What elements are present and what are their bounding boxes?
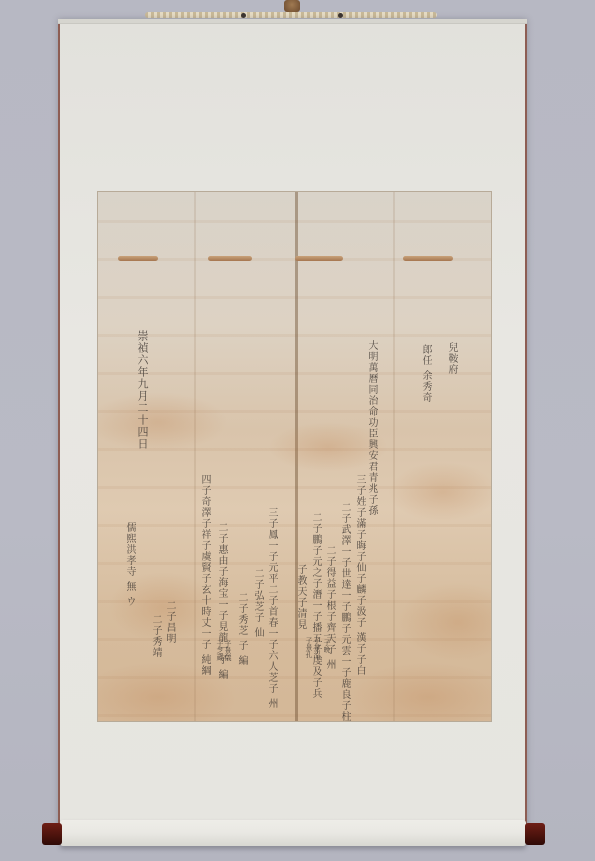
text-column: 二子昌明 — [164, 600, 175, 644]
date-line: 崇禎六年九月二十四日 — [136, 330, 149, 450]
header-official: 郎任 余秀奇 — [420, 344, 431, 403]
hanging-cord — [145, 12, 437, 18]
small-note: 子芝蔵 — [216, 640, 224, 661]
small-note: 子景孔 — [305, 637, 313, 658]
text-column: 三子鳳一子元平二子首春一子六人芝子 州 — [266, 507, 277, 709]
cord-stop — [241, 13, 246, 18]
top-rod — [58, 19, 527, 24]
cord-knot — [284, 0, 300, 12]
text-column: 二子鵬子元之子潛一子播五子虔及子兵 — [310, 512, 321, 699]
roller-end-right — [525, 823, 545, 845]
text-column: 大明萬曆同治命功臣興安君青兆子孫 — [366, 340, 377, 516]
small-note: 一子晩 — [323, 632, 331, 653]
text-column: 二子武澤一子世達一子鵬子元雲一子鹿良子柱子唐住子明 — [339, 502, 350, 722]
water-stain — [398, 582, 492, 662]
text-column: 二子秀芝 子 編 — [236, 592, 247, 666]
text-column: 子教天子清見 — [295, 564, 306, 630]
damage-mark — [403, 256, 453, 261]
bottom-roller — [60, 820, 526, 846]
text-column: 二子秀靖 — [150, 614, 161, 658]
text-column: 三子姓子滿子晦子仙子麟子汲子 漢子子白 — [354, 474, 365, 676]
signature-line: 儒熙洪孝寺 無 ウ — [124, 522, 135, 607]
water-stain — [348, 662, 492, 722]
small-note: 子景沼 — [313, 637, 321, 658]
damage-mark — [118, 256, 158, 261]
cord-stop — [338, 13, 343, 18]
header-office: 兒鞍府 — [446, 342, 457, 375]
small-note: 子景儀 — [224, 640, 232, 661]
roller-end-left — [42, 823, 62, 845]
water-stain — [97, 392, 228, 452]
text-column: 四子奇澤子祥子虞賢子玄十時丈一子 純綱 — [199, 474, 210, 676]
document-panel: 兒鞍府 郎任 余秀奇 大明萬曆同治命功臣興安君青兆子孫 三子姓子滿子晦子仙子麟子… — [97, 191, 492, 722]
water-stain — [388, 462, 492, 522]
text-column: 二子弘芝子 仙 — [252, 568, 263, 638]
damage-mark — [208, 256, 252, 261]
damage-mark — [295, 256, 343, 261]
